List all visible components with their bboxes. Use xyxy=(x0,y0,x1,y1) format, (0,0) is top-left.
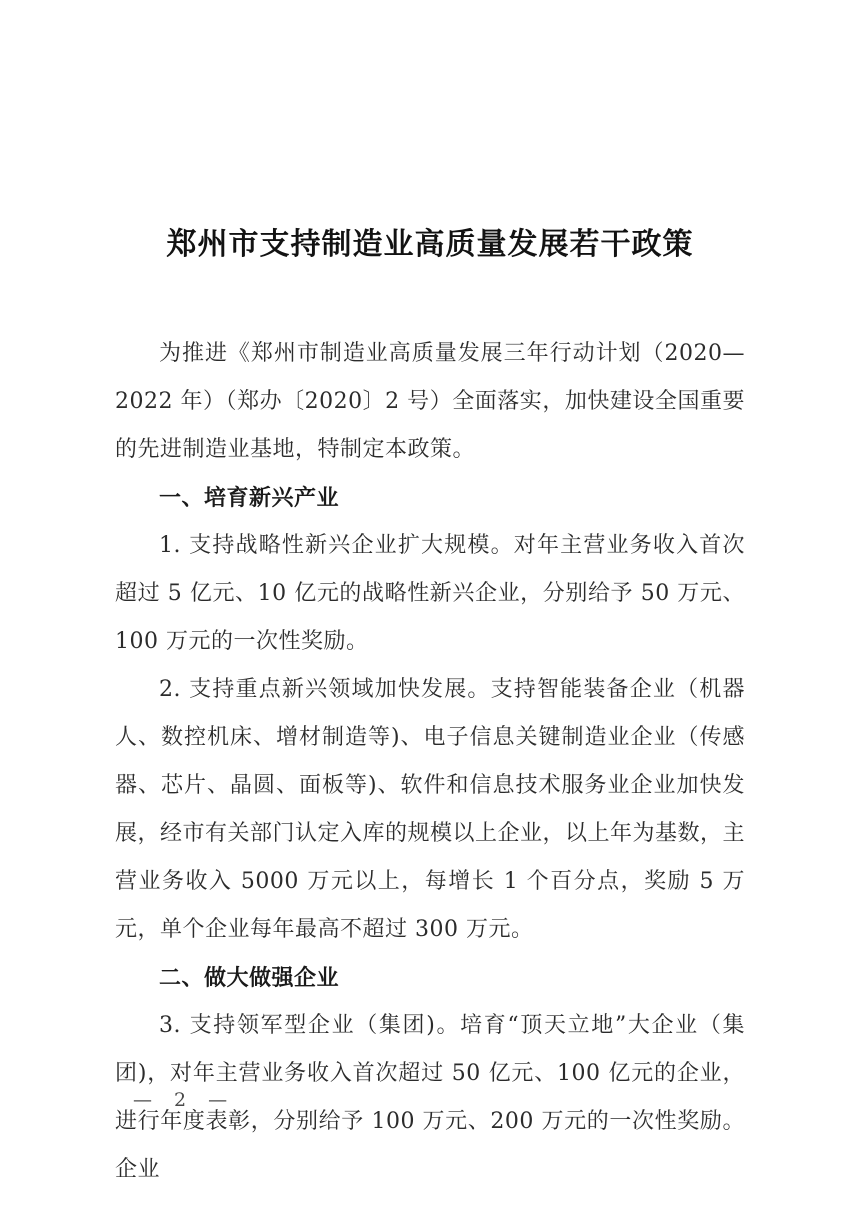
section-heading-1: 一、培育新兴产业 xyxy=(115,474,745,522)
section-heading-2: 二、做大做强企业 xyxy=(115,954,745,1002)
document-page: 郑州市支持制造业高质量发展若干政策 为推进《郑州市制造业高质量发展三年行动计划（… xyxy=(0,0,860,1215)
intro-paragraph: 为推进《郑州市制造业高质量发展三年行动计划（2020—2022 年）（郑办〔20… xyxy=(115,330,745,474)
policy-item-1: 1. 支持战略性新兴企业扩大规模。对年主营业务收入首次超过 5 亿元、10 亿元… xyxy=(115,522,745,666)
document-body: 为推进《郑州市制造业高质量发展三年行动计划（2020—2022 年）（郑办〔20… xyxy=(115,330,745,1194)
page-number: — 2 — xyxy=(133,1088,229,1112)
policy-item-2: 2. 支持重点新兴领域加快发展。支持智能装备企业（机器人、数控机床、增材制造等)… xyxy=(115,666,745,954)
document-title: 郑州市支持制造业高质量发展若干政策 xyxy=(115,224,745,266)
